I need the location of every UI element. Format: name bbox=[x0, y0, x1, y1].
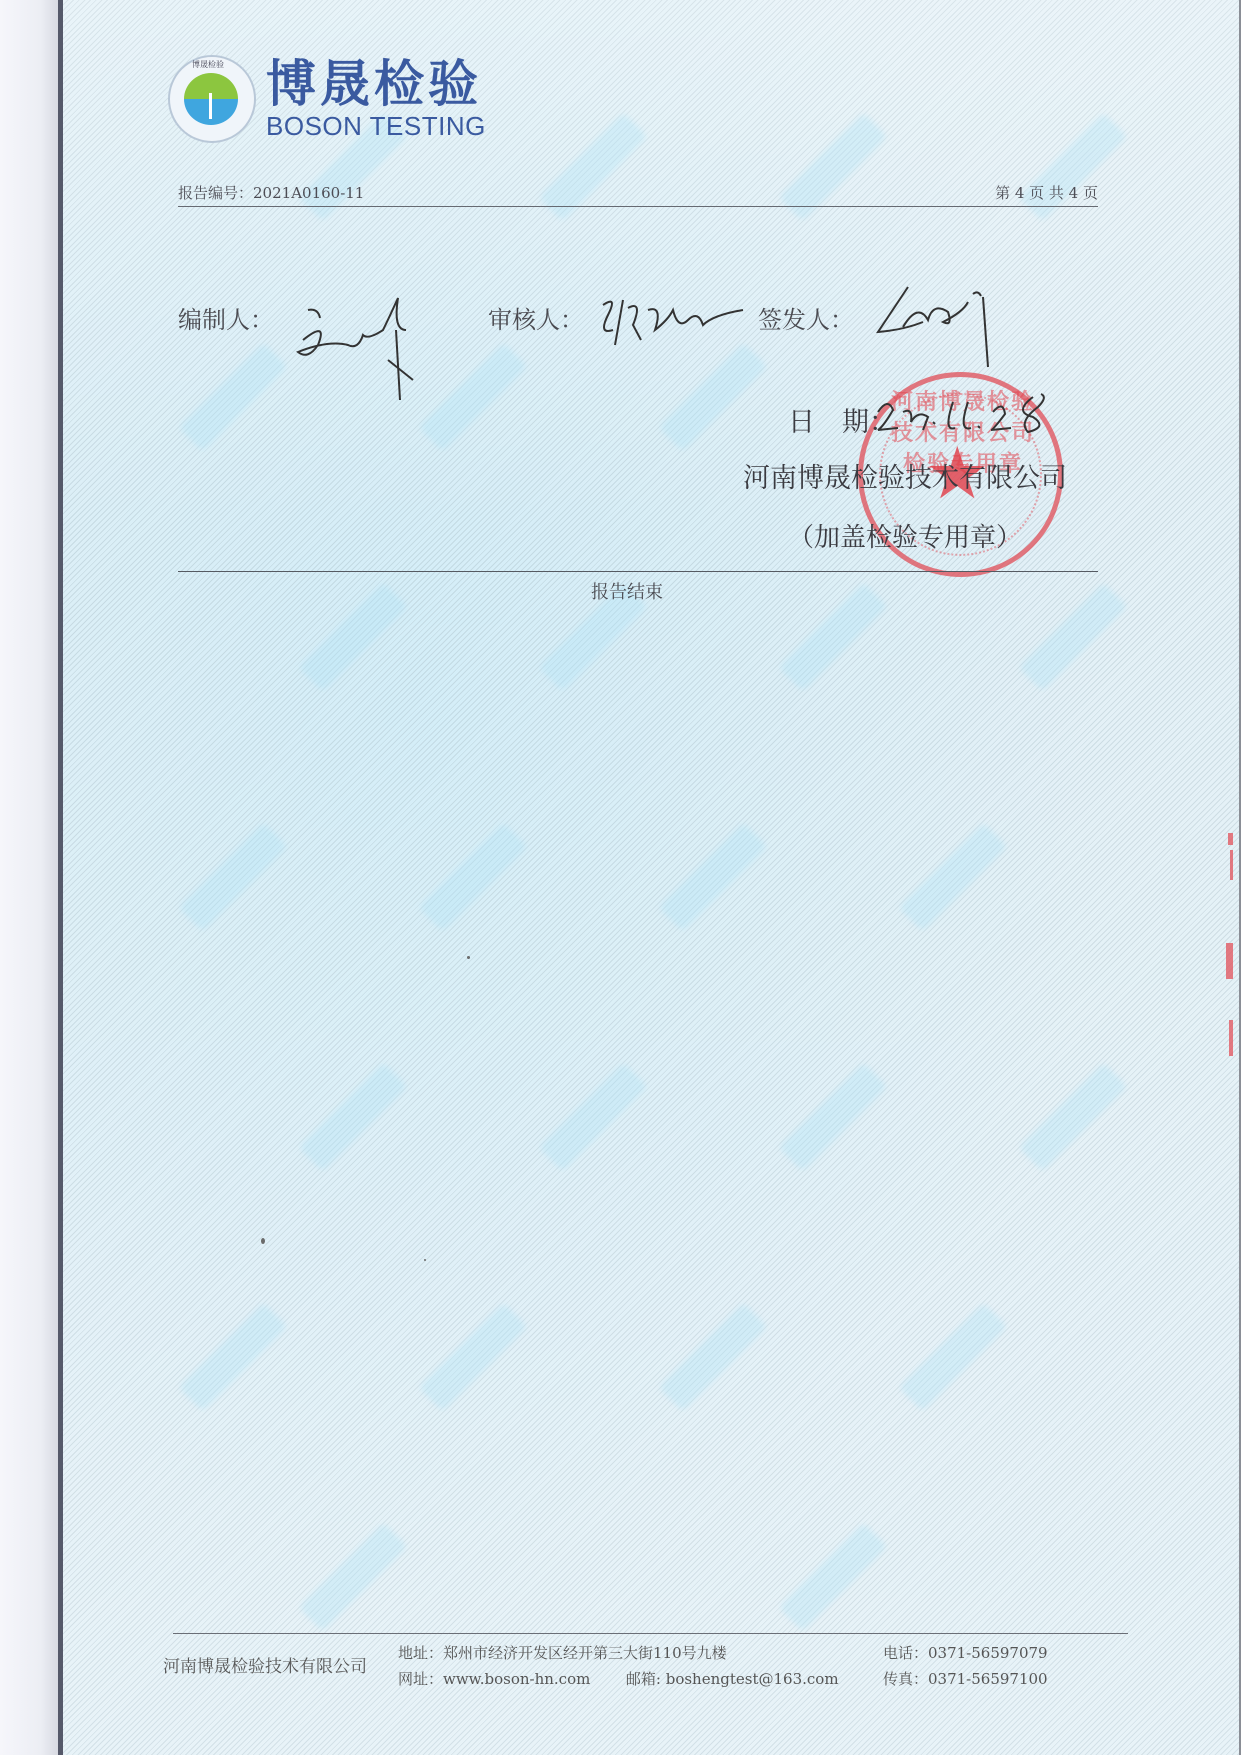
report-number-label: 报告编号： bbox=[178, 184, 253, 202]
issuer-label: 签发人： bbox=[758, 300, 854, 335]
report-number: 报告编号：2021A0160-11 bbox=[178, 182, 364, 203]
report-header: 报告编号：2021A0160-11 第 4 页 共 4 页 bbox=[178, 182, 1098, 207]
watermark bbox=[1019, 583, 1128, 692]
watermark bbox=[179, 343, 288, 452]
stamp-note: （加盖检验专用章） bbox=[788, 517, 1022, 554]
scan-speck bbox=[261, 1238, 265, 1244]
footer-website[interactable]: 网址：www.boson-hn.com bbox=[398, 1670, 590, 1688]
report-end-text: 报告结束 bbox=[591, 578, 663, 604]
compiler-signature bbox=[288, 290, 438, 420]
report-number-value: 2021A0160-11 bbox=[253, 184, 364, 202]
edge-mark bbox=[1230, 850, 1233, 880]
issuer-signature bbox=[873, 282, 1013, 372]
watermark bbox=[899, 1303, 1008, 1412]
end-divider bbox=[178, 571, 1098, 572]
page-info: 第 4 页 共 4 页 bbox=[995, 182, 1098, 203]
emblem-text: 博晟检验 bbox=[192, 59, 224, 70]
watermark bbox=[299, 1523, 408, 1632]
company-name: 河南博晟检验技术有限公司 bbox=[743, 456, 1067, 495]
watermark bbox=[419, 823, 528, 932]
compiler-label: 编制人： bbox=[178, 300, 274, 335]
watermark bbox=[779, 1523, 888, 1632]
date-handwritten bbox=[873, 392, 1073, 442]
watermark bbox=[419, 1303, 528, 1412]
footer-company: 河南博晟检验技术有限公司 bbox=[163, 1652, 367, 1677]
watermark bbox=[299, 583, 408, 692]
watermark bbox=[179, 823, 288, 932]
watermark bbox=[539, 1063, 648, 1172]
footer-fax: 传真：0371-56597100 bbox=[883, 1666, 1048, 1692]
edge-mark bbox=[1226, 943, 1233, 979]
scan-speck bbox=[424, 1259, 426, 1261]
watermark bbox=[179, 1303, 288, 1412]
globe-tree-icon: 博晟检验 bbox=[168, 55, 256, 143]
footer-divider bbox=[173, 1633, 1128, 1634]
report-page: 博晟检验 博晟检验 BOSON TESTING 报告编号：2021A0160-1… bbox=[63, 0, 1241, 1755]
footer-contact-left: 地址：郑州市经济开发区经开第三大街110号九楼 网址：www.boson-hn.… bbox=[398, 1640, 839, 1692]
watermark bbox=[779, 583, 888, 692]
logo-name-cn: 博晟检验 bbox=[266, 59, 486, 109]
footer-address: 地址：郑州市经济开发区经开第三大街110号九楼 bbox=[398, 1640, 839, 1666]
scan-outer-margin bbox=[0, 0, 58, 1755]
watermark bbox=[659, 823, 768, 932]
watermark bbox=[299, 1063, 408, 1172]
footer-email[interactable]: 邮箱: boshengtest@163.com bbox=[626, 1670, 839, 1688]
watermark bbox=[779, 1063, 888, 1172]
watermark bbox=[899, 823, 1008, 932]
reviewer-signature bbox=[593, 290, 753, 360]
scan-speck bbox=[467, 956, 470, 959]
footer-contact-right: 电话：0371-56597079 传真：0371-56597100 bbox=[883, 1640, 1048, 1692]
watermark bbox=[1019, 1063, 1128, 1172]
logo-name-en: BOSON TESTING bbox=[266, 113, 486, 139]
footer-phone: 电话：0371-56597079 bbox=[883, 1640, 1048, 1666]
company-logo: 博晟检验 博晟检验 BOSON TESTING bbox=[168, 55, 486, 143]
edge-mark bbox=[1229, 1020, 1233, 1056]
watermark bbox=[659, 1303, 768, 1412]
reviewer-label: 审核人： bbox=[488, 300, 584, 335]
edge-mark bbox=[1228, 833, 1233, 845]
